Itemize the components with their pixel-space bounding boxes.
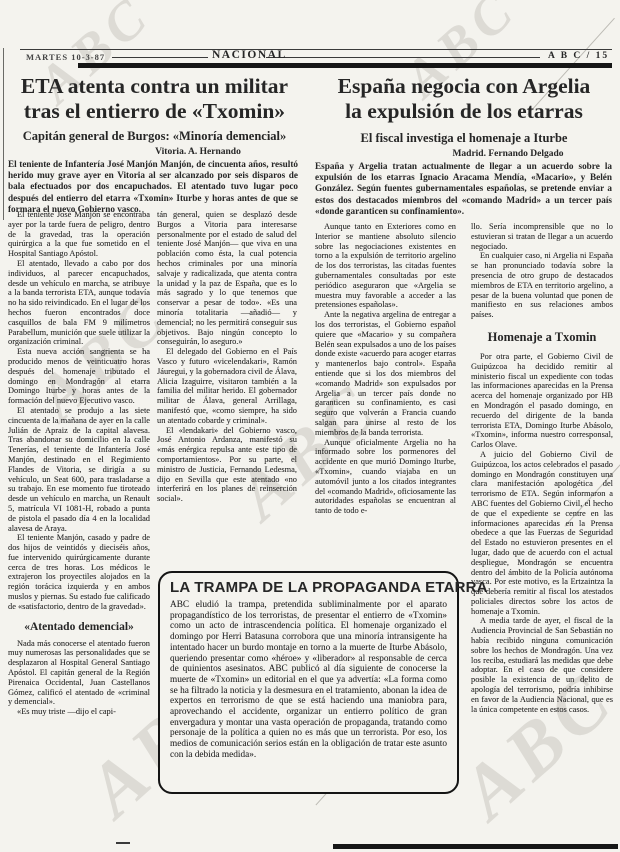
column-text: Nada más conocerse el atentado fueron mu…	[8, 639, 150, 717]
column-text: Por otra parte, el Gobierno Civil de Gui…	[471, 352, 613, 714]
paragraph: El atentado, llevado a cabo por dos indi…	[8, 259, 150, 347]
right-article-headline: España negocia con Argelia la expulsión …	[314, 74, 614, 123]
right-article-byline: Madrid. Fernando Delgado	[408, 149, 608, 159]
left-article-inner-subhead: «Atentado demencial»	[8, 621, 150, 633]
column-text: Aunque tanto en Exteriores como en Inter…	[315, 222, 456, 516]
column-text: tán general, quien se desplazó desde Bur…	[157, 210, 297, 504]
header-mid-rule-left	[112, 57, 208, 58]
header-mid-rule-right	[266, 57, 540, 58]
left-article-lead: El teniente de Infantería José Manjón Ma…	[8, 159, 298, 215]
headline-line: ETA atenta contra un militar	[6, 74, 303, 99]
paragraph: A juicio del Gobierno Civil de Guipúzcoa…	[471, 450, 613, 617]
boxed-editorial-body: ABC eludió la trampa, pretendida sublimi…	[170, 600, 447, 761]
column-text: El teniente José Manjón se encontraba ay…	[8, 210, 150, 612]
boxed-editorial: LA TRAMPA DE LA PROPAGANDA ETARRA ABC el…	[158, 571, 459, 794]
left-article-subhead: Capitán general de Burgos: «Minoría deme…	[6, 129, 303, 144]
right-article-column-1: Aunque tanto en Exteriores como en Inter…	[315, 222, 456, 568]
paragraph: Por otra parte, el Gobierno Civil de Gui…	[471, 352, 613, 450]
paragraph: ABC eludió la trampa, pretendida sublimi…	[170, 600, 447, 761]
folio-brand-page: A B C / 15	[548, 51, 609, 61]
headline-line: España negocia con Argelia	[314, 74, 614, 99]
folio-section: NACIONAL	[212, 49, 287, 61]
right-article-column-2: llo. Sería incomprensible que no lo estu…	[471, 222, 613, 840]
folio-date: MARTES 10-3-87	[26, 52, 105, 62]
left-article-headline: ETA atenta contra un militar tras el ent…	[6, 74, 303, 123]
article-end-dash	[116, 842, 130, 844]
paragraph: El teniente Manjón, casado y padre de do…	[8, 533, 150, 611]
right-article-inner-subhead: Homenaje a Txomin	[471, 330, 613, 345]
header-top-rule	[20, 49, 612, 50]
header-thick-bar	[78, 63, 612, 68]
paragraph: El delegado del Gobierno en el País Vasc…	[157, 347, 297, 425]
paragraph: El atentado se produjo a las siete cincu…	[8, 406, 150, 533]
paragraph: Aunque oficialmente Argelia no ha inform…	[315, 438, 456, 516]
paragraph: El teniente José Manjón se encontraba ay…	[8, 210, 150, 259]
paragraph: llo. Sería incomprensible que no lo estu…	[471, 222, 613, 251]
headline-line: tras el entierro de «Txomin»	[6, 99, 303, 124]
page-left-rule	[3, 48, 4, 220]
headline-line: la expulsión de los etarras	[314, 99, 614, 124]
left-article-byline: Vitoria. A. Hernando	[100, 147, 296, 157]
paragraph: tán general, quien se desplazó desde Bur…	[157, 210, 297, 347]
paragraph: Ante la negativa argelina de entregar a …	[315, 310, 456, 437]
left-article-column-2: tán general, quien se desplazó desde Bur…	[157, 210, 297, 568]
newspaper-page: ABC ABC ABC ABC ABC ABC MARTES 10-3-87 N…	[0, 0, 620, 852]
paragraph: Aunque tanto en Exteriores como en Inter…	[315, 222, 456, 310]
paragraph: Esta nueva acción sangrienta se ha produ…	[8, 347, 150, 406]
left-article-column-1: El teniente José Manjón se encontraba ay…	[8, 210, 150, 802]
paragraph: En cualquier caso, ni Argelia ni España …	[471, 251, 613, 320]
footer-thick-bar	[333, 844, 618, 849]
paragraph: Nada más conocerse el atentado fueron mu…	[8, 639, 150, 708]
right-article-subhead: El fiscal investiga el homenaje a Iturbe	[314, 131, 614, 146]
column-text: llo. Sería incomprensible que no lo estu…	[471, 222, 613, 320]
right-article-lead: España y Argelia tratan actualmente de l…	[315, 161, 612, 217]
paragraph: El «lendakari» del Gobierno vasco, José …	[157, 426, 297, 504]
paragraph: A media tarde de ayer, el fiscal de la A…	[471, 616, 613, 714]
paragraph: «Es muy triste —dijo el capi-	[8, 707, 150, 717]
boxed-editorial-title: LA TRAMPA DE LA PROPAGANDA ETARRA	[170, 579, 447, 596]
